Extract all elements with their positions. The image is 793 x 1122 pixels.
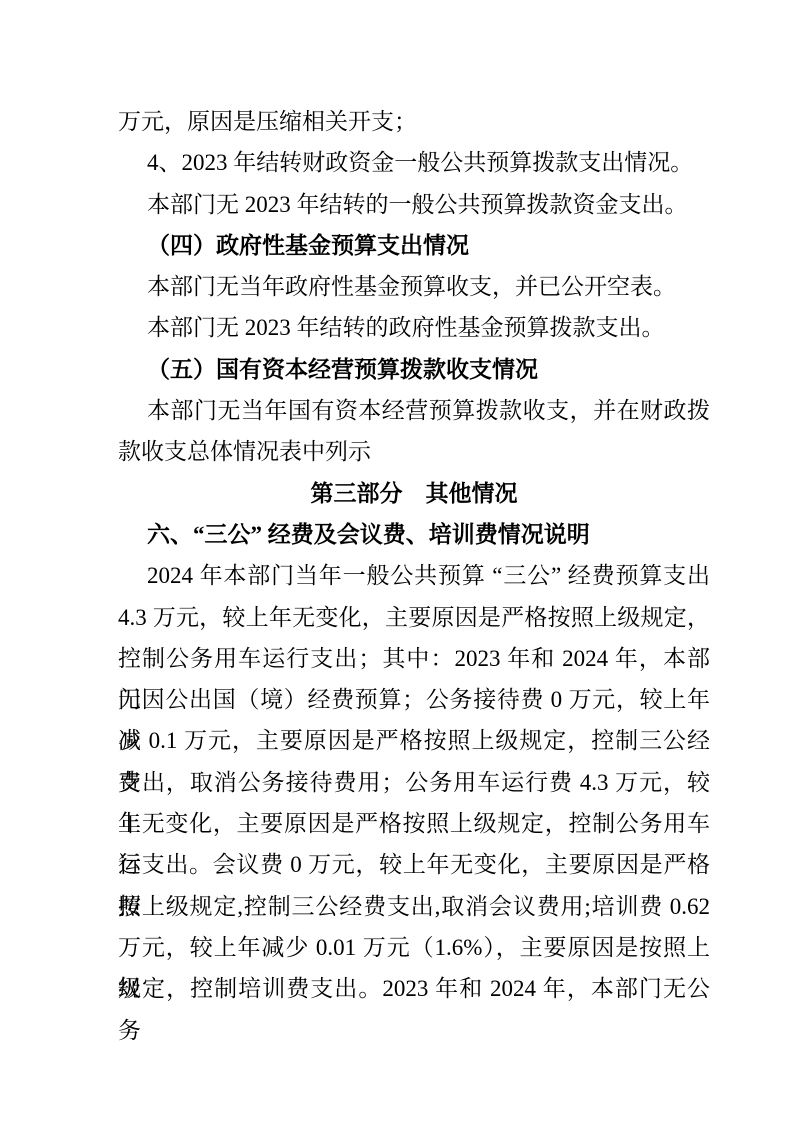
body-line: 2024 年本部门当年一般公共预算 “三公” 经费预算支出	[118, 555, 710, 596]
numbered-item-4-line: 4、2023 年结转财政资金一般公共预算拨款支出情况。	[118, 142, 710, 183]
body-line: 少 0.1 万元，主要原因是严格按照上级规定，控制三公经费	[118, 720, 710, 761]
body-line: 款收支总体情况表中列示	[118, 431, 710, 472]
body-line: 本部门无 2023 年结转的政府性基金预算拨款支出。	[118, 307, 710, 348]
section-four-heading: （四）政府性基金预算支出情况	[118, 225, 710, 266]
body-line: 支出，取消公务接待费用；公务用车运行费 4.3 万元，较上	[118, 762, 710, 803]
body-line: 年无变化，主要原因是严格按照上级规定，控制公务用车运	[118, 803, 710, 844]
body-line: 无因公出国（境）经费预算；公务接待费 0 万元，较上年减	[118, 679, 710, 720]
body-line: 控制公务用车运行支出；其中：2023 年和 2024 年，本部门	[118, 638, 710, 679]
body-line: 本部门无当年政府性基金预算收支，并已公开空表。	[118, 266, 710, 307]
body-line: 行支出。会议费 0 万元，较上年无变化，主要原因是严格按	[118, 844, 710, 885]
body-line-continuation: 万元，原因是压缩相关开支；	[118, 101, 710, 142]
body-line: 照上级规定,控制三公经费支出,取消会议费用;培训费 0.62	[118, 886, 710, 927]
body-line: 规定，控制培训费支出。2023 年和 2024 年，本部门无公务	[118, 968, 710, 1009]
document-page: 万元，原因是压缩相关开支； 4、2023 年结转财政资金一般公共预算拨款支出情况…	[0, 0, 793, 1122]
body-line: 万元，较上年减少 0.01 万元（1.6%），主要原因是按照上级	[118, 927, 710, 968]
body-line: 本部门无 2023 年结转的一般公共预算拨款资金支出。	[118, 184, 710, 225]
body-line: 4.3 万元，较上年无变化，主要原因是严格按照上级规定，	[118, 597, 710, 638]
part-three-title: 第三部分 其他情况	[118, 473, 710, 514]
body-line: 本部门无当年国有资本经营预算拨款收支，并在财政拨	[118, 390, 710, 431]
section-five-heading: （五）国有资本经营预算拨款收支情况	[118, 349, 710, 390]
sangong-section-heading: 六、“三公” 经费及会议费、培训费情况说明	[118, 514, 710, 555]
